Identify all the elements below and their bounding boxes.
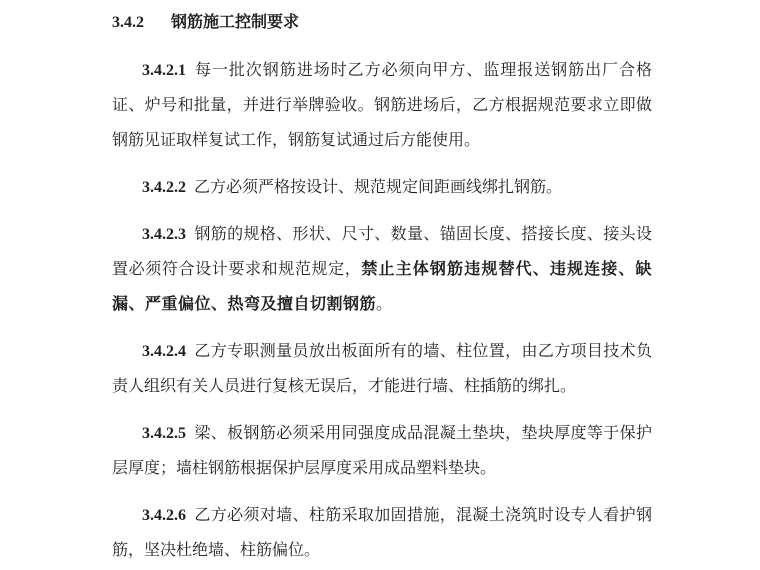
document-page: 3.4.2钢筋施工控制要求 3.4.2.1每一批次钢筋进场时乙方必须向甲方、监理…	[0, 0, 760, 570]
clause-3-4-2-3: 3.4.2.3钢筋的规格、形状、尺寸、数量、锚固长度、搭接长度、接头设置必须符合…	[112, 217, 652, 322]
clause-number: 3.4.2.5	[142, 425, 194, 442]
clause-tail: 。	[376, 296, 392, 313]
clause-number: 3.4.2.4	[142, 343, 194, 360]
clause-number: 3.4.2.6	[142, 507, 194, 524]
clause-number: 3.4.2.2	[142, 179, 194, 196]
clause-3-4-2-5: 3.4.2.5梁、板钢筋必须采用同强度成品混凝土垫块，垫块厚度等于保护层厚度；墙…	[112, 416, 652, 486]
clause-3-4-2-4: 3.4.2.4乙方专职测量员放出板面所有的墙、柱位置，由乙方项目技术负责人组织有…	[112, 334, 652, 404]
clause-3-4-2-6: 3.4.2.6乙方必须对墙、柱筋采取加固措施，混凝土浇筑时设专人看护钢筋，坚决杜…	[112, 498, 652, 568]
clause-number: 3.4.2.3	[142, 226, 194, 243]
section-title: 钢筋施工控制要求	[171, 14, 299, 31]
section-heading: 3.4.2钢筋施工控制要求	[112, 5, 652, 40]
clause-text: 乙方必须严格按设计、规范规定间距画线绑扎钢筋。	[194, 179, 562, 196]
section-number: 3.4.2	[112, 14, 144, 31]
clause-3-4-2-1: 3.4.2.1每一批次钢筋进场时乙方必须向甲方、监理报送钢筋出厂合格证、炉号和批…	[112, 53, 652, 158]
clause-number: 3.4.2.1	[142, 62, 194, 79]
clause-3-4-2-2: 3.4.2.2乙方必须严格按设计、规范规定间距画线绑扎钢筋。	[112, 170, 652, 205]
